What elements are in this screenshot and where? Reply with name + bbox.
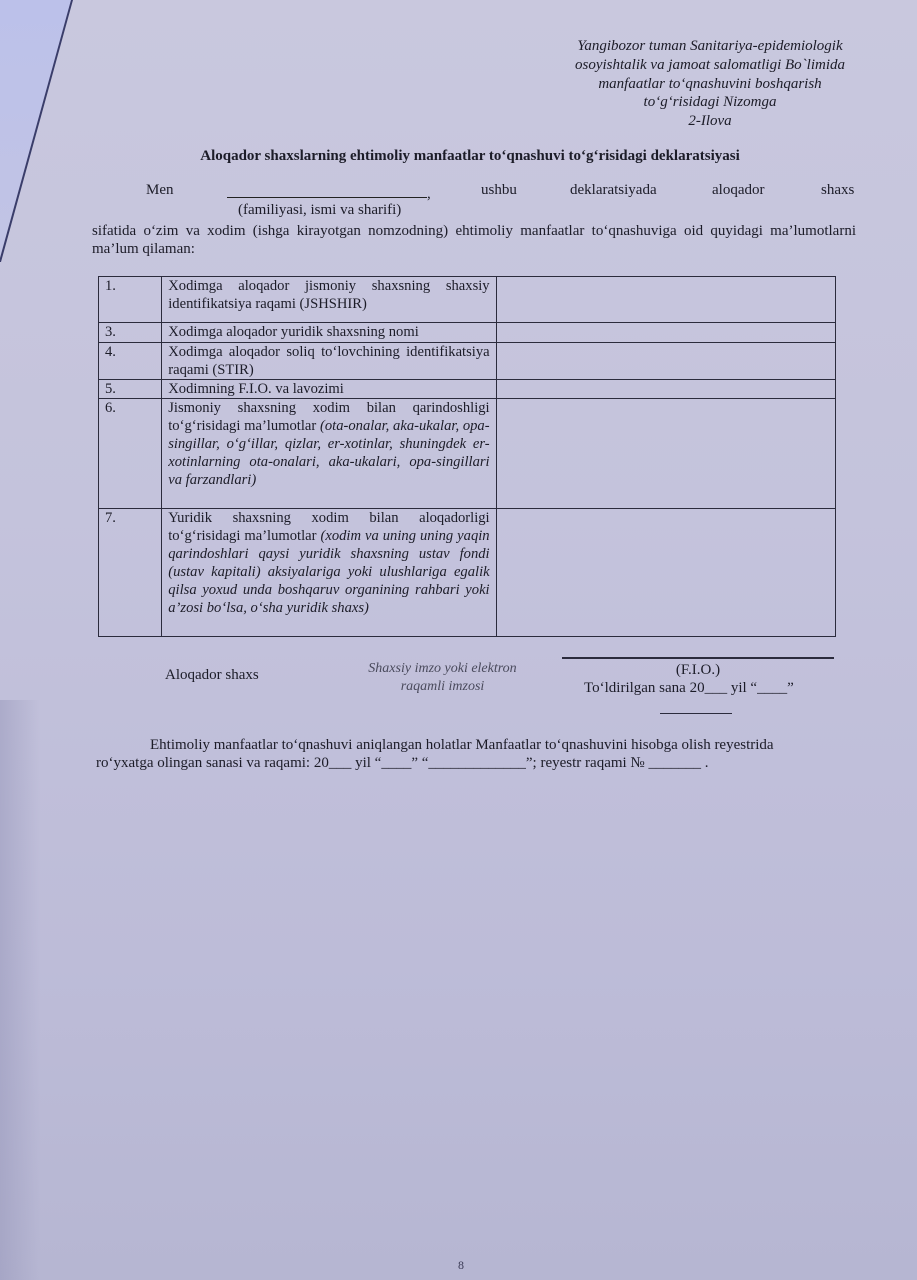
header-line: to‘g‘risidagi Nizomga [545, 93, 875, 112]
row-value-field[interactable] [496, 509, 835, 637]
registry-note: Ehtimoliy manfaatlar to‘qnashuvi aniqlan… [96, 736, 856, 772]
signatory-label: Aloqador shaxs [165, 667, 259, 684]
row-number: 7. [99, 509, 162, 637]
row-number: 6. [99, 399, 162, 509]
signature-hint-line: Shaxsiy imzo yoki elektron [350, 660, 535, 678]
table-row: 6. Jismoniy shaxsning xodim bilan qarind… [99, 399, 836, 509]
page-number: 8 [458, 1258, 464, 1273]
header-line: osoyishtalik va jamoat salomatligi Bo`li… [545, 56, 875, 75]
date-month-blank[interactable] [660, 713, 732, 714]
fio-signature-line[interactable] [562, 657, 834, 659]
name-field[interactable]: , [227, 182, 431, 203]
fio-caption: (F.I.O.) [562, 662, 834, 679]
row-value-field[interactable] [496, 399, 835, 509]
row-value-field[interactable] [496, 323, 835, 343]
intro-word: aloqador [712, 182, 764, 199]
row-value-field[interactable] [496, 277, 835, 323]
header-line: manfaatlar to‘qnashuvini boshqarish [545, 75, 875, 94]
page-shadow [0, 700, 40, 1280]
row-number: 5. [99, 380, 162, 399]
name-blank[interactable] [227, 182, 427, 198]
table-row: 7. Yuridik shaxsning xodim bilan aloqado… [99, 509, 836, 637]
row-number: 4. [99, 343, 162, 380]
declaration-table: 1. Xodimga aloqador jismoniy shaxsning s… [98, 276, 836, 637]
comma: , [427, 186, 431, 202]
row-description: Jismoniy shaxsning xodim bilan qarindosh… [162, 399, 496, 509]
document-title: Aloqador shaxslarning ehtimoliy manfaatl… [90, 148, 850, 165]
row-number: 3. [99, 323, 162, 343]
men-label: Men [146, 182, 174, 199]
registry-note-line: Ehtimoliy manfaatlar to‘qnashuvi aniqlan… [96, 736, 856, 754]
page-fold [0, 0, 80, 270]
intro-word: ushbu [481, 182, 517, 199]
table-row: 3. Xodimga aloqador yuridik shaxsning no… [99, 323, 836, 343]
row-value-field[interactable] [496, 380, 835, 399]
table-row: 5. Xodimning F.I.O. va lavozimi [99, 380, 836, 399]
row-value-field[interactable] [496, 343, 835, 380]
intro-word: deklaratsiyada [570, 182, 657, 199]
table-row: 4. Xodimga aloqador soliq to‘lovchining … [99, 343, 836, 380]
name-caption: (familiyasi, ismi va sharifi) [238, 202, 401, 219]
signature-hint-line: raqamli imzosi [350, 678, 535, 696]
declarant-line: Men , (familiyasi, ismi va sharifi) ushb… [92, 182, 856, 222]
filled-date: To‘ldirilgan sana 20___ yil “____” [584, 680, 794, 697]
row-description: Xodimga aloqador yuridik shaxsning nomi [162, 323, 496, 343]
header-line: Yangibozor tuman Sanitariya-epidemiologi… [545, 37, 875, 56]
row-description: Xodimga aloqador jismoniy shaxsning shax… [162, 277, 496, 323]
row-description: Xodimning F.I.O. va lavozimi [162, 380, 496, 399]
registry-note-line: ro‘yxatga olingan sanasi va raqami: 20__… [96, 754, 856, 772]
row-description: Xodimga aloqador soliq to‘lovchining ide… [162, 343, 496, 380]
table-row: 1. Xodimga aloqador jismoniy shaxsning s… [99, 277, 836, 323]
intro-paragraph: sifatida o‘zim va xodim (ishga kirayotga… [92, 222, 856, 258]
intro-word: shaxs [821, 182, 854, 199]
row-number: 1. [99, 277, 162, 323]
row-description: Yuridik shaxsning xodim bilan aloqadorli… [162, 509, 496, 637]
appendix-header: Yangibozor tuman Sanitariya-epidemiologi… [545, 37, 875, 131]
signature-hint: Shaxsiy imzo yoki elektron raqamli imzos… [350, 660, 535, 696]
appendix-number: 2-Ilova [545, 112, 875, 131]
